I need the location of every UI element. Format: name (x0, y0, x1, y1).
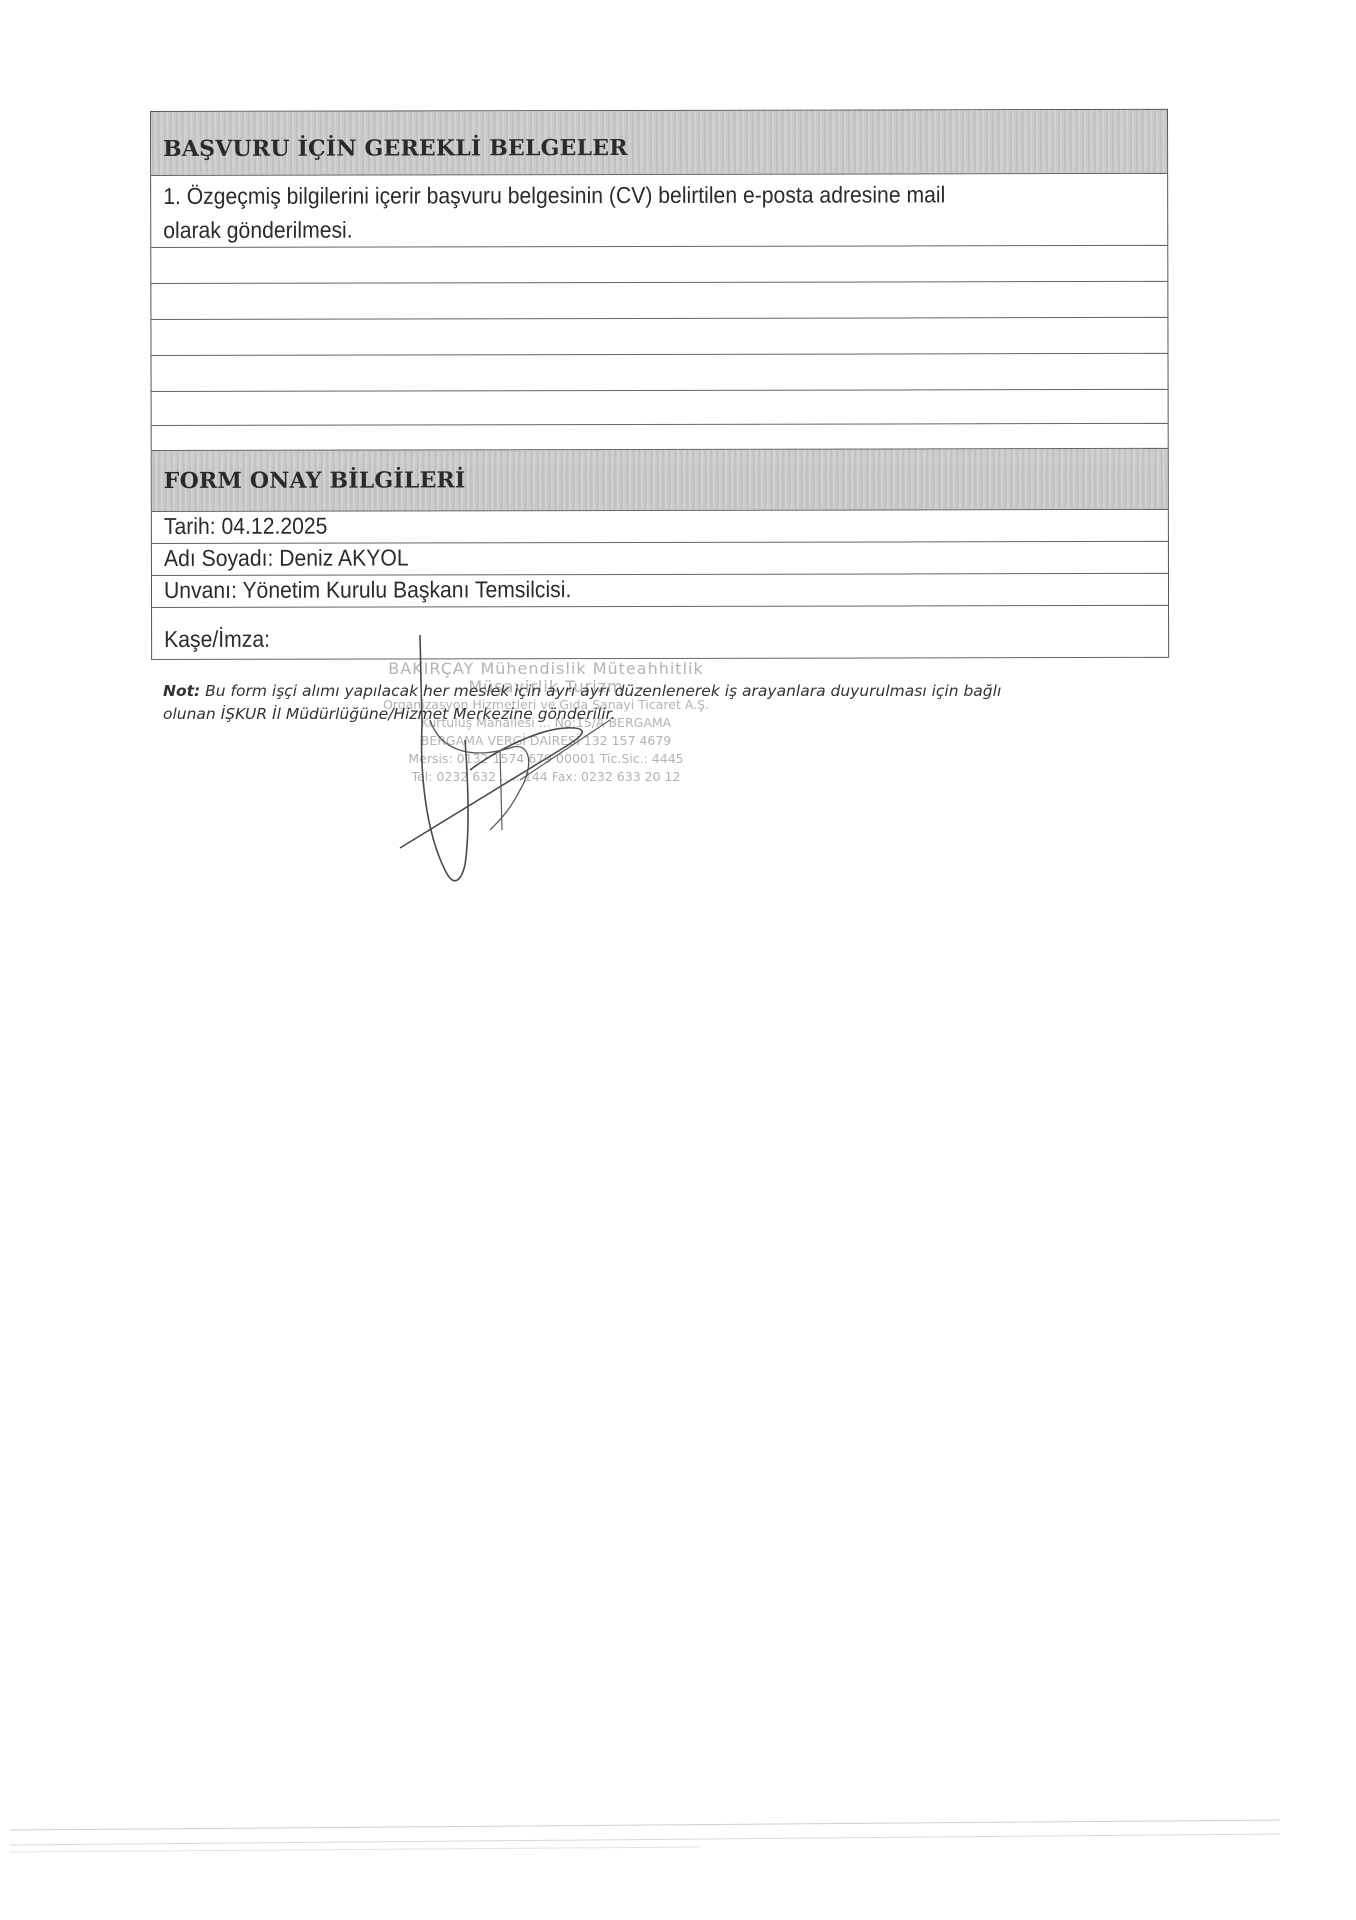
signature-label: Kaşe/İmza: (164, 625, 270, 651)
document-item-line-1: 1. Özgeçmiş bilgilerini içerir başvuru b… (163, 181, 945, 209)
title-row: Unvanı: Yönetim Kurulu Başkanı Temsilcis… (152, 574, 1168, 608)
blank-row (152, 354, 1168, 392)
name-field: Adı Soyadı: Deniz AKYOL (164, 544, 409, 571)
stamp-line-4: BERGAMA VERGİ DAİRESİ 132 157 4679 (366, 732, 726, 750)
blank-row (151, 282, 1167, 320)
job-title-field: Unvanı: Yönetim Kurulu Başkanı Temsilcis… (164, 576, 571, 603)
blank-row (152, 424, 1168, 450)
note-line-1: Bu form işçi alımı yapılacak her meslek … (200, 682, 1001, 700)
blank-row (151, 318, 1167, 356)
document-item-line-2: olarak gönderilmesi. (163, 217, 352, 243)
date-field: Tarih: 04.12.2025 (164, 513, 328, 539)
required-documents-header: BAŞVURU İÇİN GEREKLİ BELGELER (151, 110, 1167, 176)
blank-row (151, 246, 1167, 284)
date-row: Tarih: 04.12.2025 (152, 510, 1168, 544)
stamp-line-5: Mersis: 0132 1574 679 00001 Tic.Sic.: 44… (366, 750, 726, 768)
required-documents-title: BAŞVURU İÇİN GEREKLİ BELGELER (163, 134, 628, 161)
scan-artifact-lines (0, 1800, 1356, 1860)
signature-row: Kaşe/İmza: (152, 606, 1168, 660)
name-row: Adı Soyadı: Deniz AKYOL (152, 542, 1168, 576)
blank-row (152, 390, 1168, 426)
footer-note: Not: Bu form işçi alımı yapılacak her me… (163, 680, 1183, 726)
note-prefix: Not: (163, 682, 200, 700)
required-document-item: 1. Özgeçmiş bilgilerini içerir başvuru b… (151, 174, 1167, 248)
form-approval-header: FORM ONAY BİLGİLERİ (152, 448, 1168, 512)
note-line-2: olunan İŞKUR İl Müdürlüğüne/Hizmet Merke… (163, 703, 1183, 726)
form-table: BAŞVURU İÇİN GEREKLİ BELGELER 1. Özgeçmi… (150, 109, 1169, 660)
form-approval-title: FORM ONAY BİLGİLERİ (164, 467, 466, 494)
stamp-line-6: Tel: 0232 632 .. .. 144 Fax: 0232 633 20… (366, 768, 726, 786)
